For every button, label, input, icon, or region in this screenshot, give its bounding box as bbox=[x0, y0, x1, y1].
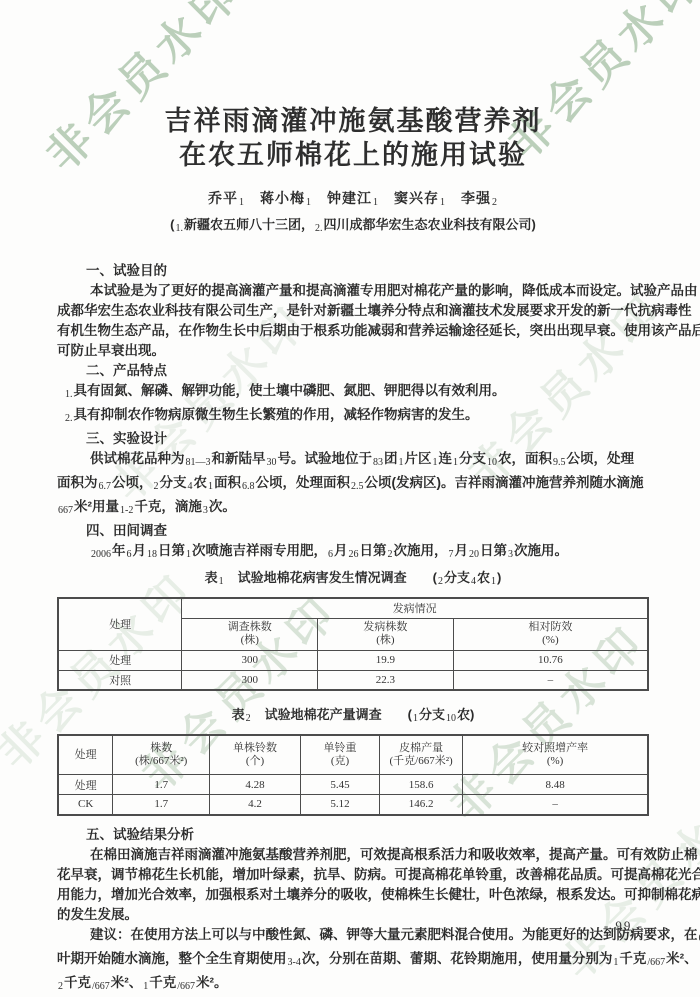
document-content: 吉祥雨滴灌冲施氨基酸营养剂 在农五师棉花上的施用试验 乔平1 蒋小梅1 钟建江1… bbox=[57, 0, 649, 997]
table2-header-bolls: 单株铃数 (个) bbox=[210, 735, 301, 775]
table-cell: 22.3 bbox=[318, 670, 454, 690]
table-row: 处理 300 19.9 10.76 bbox=[58, 650, 648, 670]
table-cell: 5.45 bbox=[300, 775, 379, 795]
affiliation-line: (1.新疆农五师八十三团，2.四川成都华宏生态农业科技有限公司) bbox=[57, 216, 649, 238]
body-line: 可防止早衰出现。 bbox=[57, 341, 649, 361]
body-line: 2.具有抑制农作物病原微生物生长繁殖的作用，减轻作物病害的发生。 bbox=[57, 405, 649, 429]
body-line: 成都华宏生态农业科技有限公司生产，是针对新疆土壤养分特点和滴灌技术发展要求开发的… bbox=[57, 301, 649, 321]
body-line: 1.具有固氮、解磷、解钾功能，使土壤中磷肥、氮肥、钾肥得以有效利用。 bbox=[57, 381, 649, 405]
body-line: 的发生发展。 bbox=[57, 905, 649, 925]
paper-title-line1: 吉祥雨滴灌冲施氨基酸营养剂 bbox=[57, 104, 649, 138]
scanned-document-page: 非会员水印 非会员水印 非会员水印 非会员水印 非会员水印 非会员水印 非会员水… bbox=[0, 0, 700, 997]
table-cell: 146.2 bbox=[380, 795, 463, 815]
body-line: 建议：在使用方法上可以与中酸性氮、磷、钾等大量元素肥料混合使用。为能更好的达到防… bbox=[57, 925, 649, 949]
body-line: 本试验是为了更好的提高滴灌产量和提高滴灌专用肥对棉花产量的影响，降低成本而设定。… bbox=[57, 281, 649, 301]
body-line: 有机生物生态产品，在作物生长中后期由于根系功能减弱和营养运输途径延长，突出出现早… bbox=[57, 321, 649, 341]
table-cell: 1.7 bbox=[113, 795, 210, 815]
table-cell: – bbox=[463, 795, 648, 815]
table-cell: 处理 bbox=[58, 650, 182, 670]
body-line: 面积为6.7公顷，2分支4农1面积6.8公顷，处理面积2.5公顷(发病区)。吉祥… bbox=[57, 473, 649, 497]
table2-header-lint-yield: 皮棉产量 (千克/667米²) bbox=[380, 735, 463, 775]
paper-title-line2: 在农五师棉花上的施用试验 bbox=[57, 138, 649, 172]
table2-header-increase-rate: 较对照增产率 (%) bbox=[463, 735, 648, 775]
table-cell: 8.48 bbox=[463, 775, 648, 795]
body-line: 供试棉花品种为81—3和新陆早30号。试验地位于83团1片区1连1分支10农，面… bbox=[57, 449, 649, 473]
table-cell: 158.6 bbox=[380, 775, 463, 795]
table-cell: 4.28 bbox=[210, 775, 301, 795]
table1-header-surveyed: 调查株数 (株) bbox=[182, 618, 318, 650]
table-cell: 1.7 bbox=[113, 775, 210, 795]
table-cell: CK bbox=[58, 795, 113, 815]
table-cell: – bbox=[453, 670, 648, 690]
body-sections-1-4: 一、试验目的本试验是为了更好的提高滴灌产量和提高滴灌专用肥对棉花产量的影响，降低… bbox=[57, 261, 649, 565]
body-line: 花早衰，调节棉花生长机能，增加叶绿素，抗旱、防病。可提高棉花单铃重，改善棉花品质… bbox=[57, 865, 649, 885]
table2-header-boll-weight: 单铃重 (克) bbox=[300, 735, 379, 775]
table2-header-treatment: 处理 bbox=[58, 735, 113, 775]
body-line: 在棉田滴施吉祥雨滴灌冲施氨基酸营养剂肥，可效提高根系活力和吸收效率，提高产量。可… bbox=[57, 845, 649, 865]
page-number: - 99 - bbox=[604, 918, 644, 934]
table1-header-efficacy: 相对防效 (%) bbox=[453, 618, 648, 650]
table2-caption: 表2 试验地棉花产量调查 (1分支10农) bbox=[57, 705, 649, 729]
table-cell: 对照 bbox=[58, 670, 182, 690]
body-line: 叶期开始随水滴施，整个全生育期使用3-4次，分别在苗期、蕾期、花铃期施用，使用量… bbox=[57, 949, 649, 973]
table1-caption: 表1 试验地棉花病害发生情况调查 (2分支4农1) bbox=[57, 568, 649, 592]
table-cell: 处理 bbox=[58, 775, 113, 795]
body-line: 2千克/667米²、1千克/667米²。 bbox=[57, 973, 649, 997]
table1-header-diseased: 发病株数 (株) bbox=[318, 618, 454, 650]
body-line: 667米²用量1-2千克，滴施3次。 bbox=[57, 497, 649, 521]
disease-survey-table: 处理 发病情况 调查株数 (株) 发病株数 (株) 相对防效 (%) 处理 30… bbox=[57, 597, 649, 691]
body-line: 四、田间调查 bbox=[57, 521, 649, 541]
authors-line: 乔平1 蒋小梅1 钟建江1 窦兴存1 李强2 bbox=[57, 189, 649, 212]
table-cell: 4.2 bbox=[210, 795, 301, 815]
table-cell: 5.12 bbox=[300, 795, 379, 815]
table-cell: 10.76 bbox=[453, 650, 648, 670]
body-line: 二、产品特点 bbox=[57, 361, 649, 381]
body-line: 三、实验设计 bbox=[57, 429, 649, 449]
table-cell: 300 bbox=[182, 650, 318, 670]
table1-header-treatment: 处理 bbox=[58, 598, 182, 650]
body-section-5: 五、试验结果分析在棉田滴施吉祥雨滴灌冲施氨基酸营养剂肥，可效提高根系活力和吸收效… bbox=[57, 825, 649, 997]
yield-survey-table: 处理 株数 (株/667米²) 单株铃数 (个) 单铃重 (克) 皮棉产量 (千… bbox=[57, 734, 649, 816]
table-row: 对照 300 22.3 – bbox=[58, 670, 648, 690]
table1-group-header: 发病情况 bbox=[182, 598, 648, 618]
table2-header-plants: 株数 (株/667米²) bbox=[113, 735, 210, 775]
table-row: CK 1.7 4.2 5.12 146.2 – bbox=[58, 795, 648, 815]
body-line: 2006年6月18日第1次喷施吉祥雨专用肥，6月26日第2次施用，7月20日第3… bbox=[57, 541, 649, 565]
body-line: 一、试验目的 bbox=[57, 261, 649, 281]
table-cell: 300 bbox=[182, 670, 318, 690]
table-row: 处理 1.7 4.28 5.45 158.6 8.48 bbox=[58, 775, 648, 795]
table-cell: 19.9 bbox=[318, 650, 454, 670]
body-line: 五、试验结果分析 bbox=[57, 825, 649, 845]
body-line: 用能力，增加光合效率，加强根系对土壤养分的吸收，使棉株生长健壮，叶色浓绿，根系发… bbox=[57, 885, 649, 905]
